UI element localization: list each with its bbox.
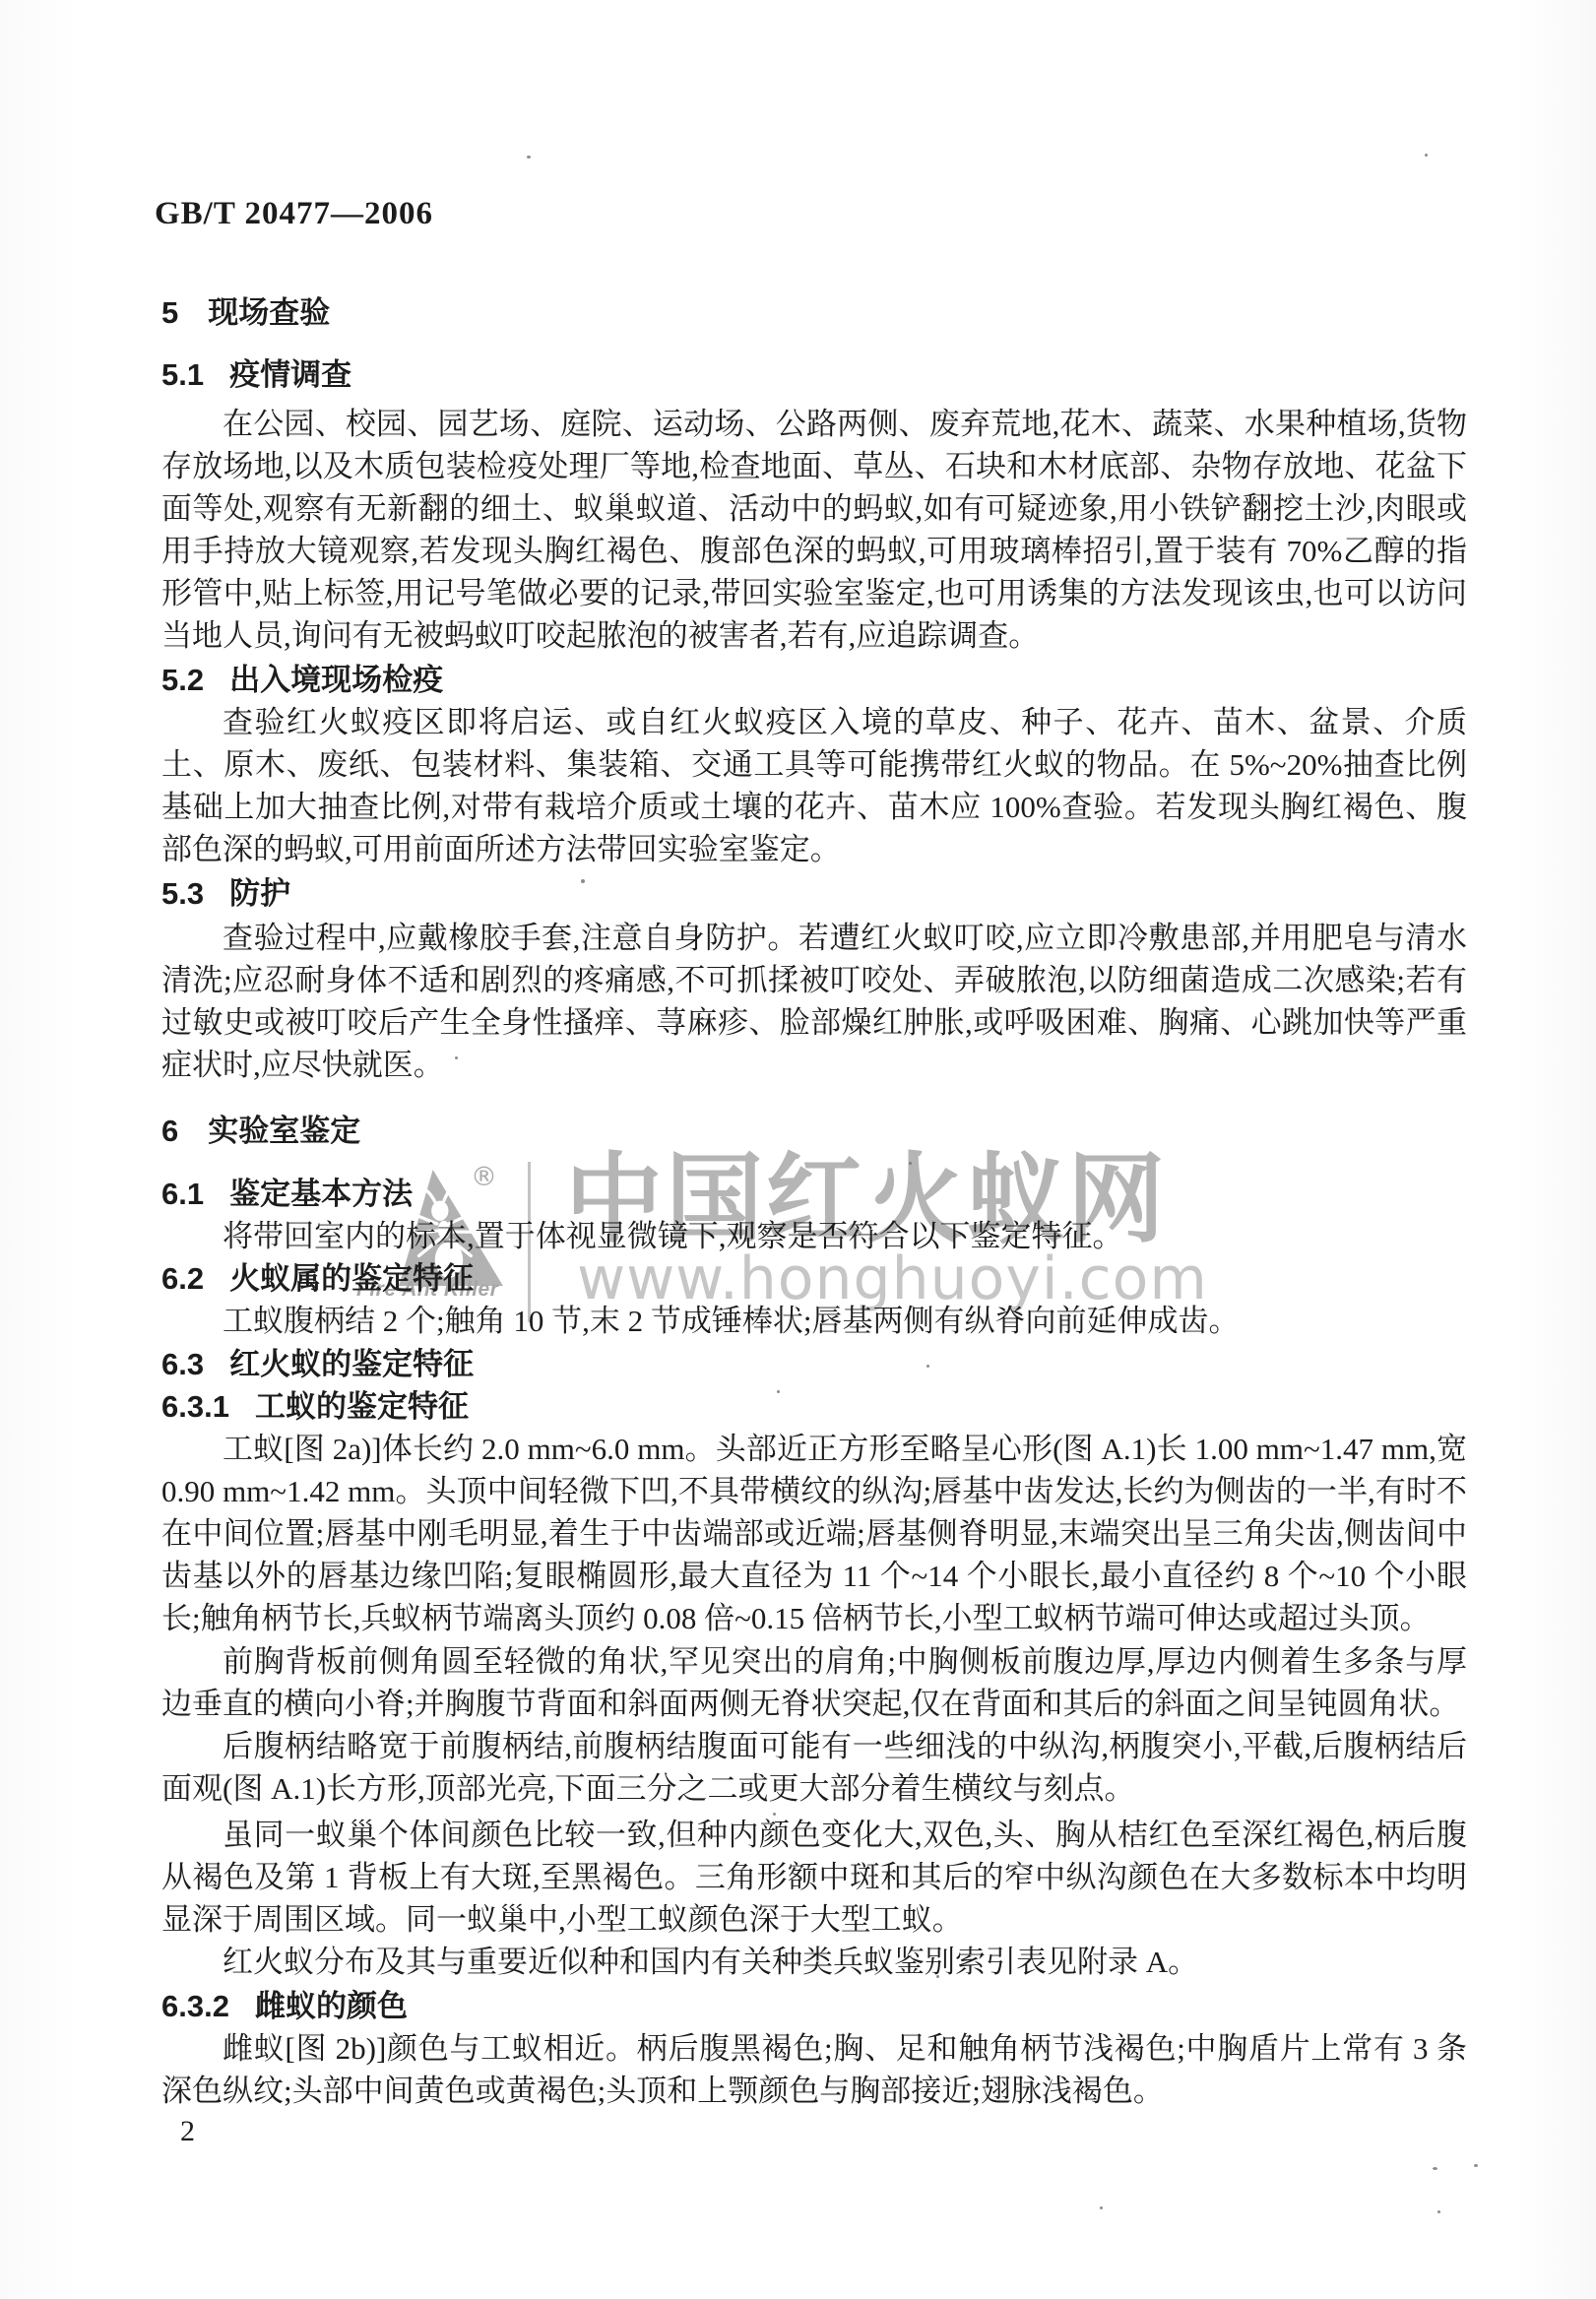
page-number: 2 — [180, 2115, 195, 2148]
section-5-2-number: 5.2 — [161, 659, 204, 701]
section-5-1-title: 疫情调查 — [229, 357, 351, 392]
section-5-number: 5 — [161, 291, 178, 334]
section-6-3-1-paragraph-2: 前胸背板前侧角圆至轻微的角状,罕见突出的肩角;中胸侧板前腹边厚,厚边内侧着生多条… — [161, 1640, 1467, 1725]
section-6-3-2-title: 雌蚁的颜色 — [255, 1989, 408, 2023]
scan-speck — [527, 156, 531, 159]
section-6-2-paragraph: 工蚁腹柄结 2 个;触角 10 节,末 2 节成锤棒状;唇基两侧有纵脊向前延伸成… — [161, 1300, 1467, 1342]
scan-speck — [926, 1365, 929, 1368]
section-5-1-heading: 5.1疫情调查 — [161, 353, 1467, 396]
section-6-2-number: 6.2 — [161, 1257, 204, 1300]
section-6-3-1-title: 工蚁的鉴定特征 — [255, 1389, 469, 1424]
scan-speck — [1437, 2210, 1440, 2213]
section-6-3-1-paragraph-1: 工蚁[图 2a)]体长约 2.0 mm~6.0 mm。头部近正方形至略呈心形(图… — [161, 1428, 1467, 1639]
section-5-2-paragraph: 查验红火蚁疫区即将启运、或自红火蚁疫区入境的草皮、种子、花卉、苗木、盆景、介质土… — [161, 701, 1467, 870]
section-6-3-1-paragraph-5: 红火蚁分布及其与重要近似种和国内有关种类兵蚁鉴别索引表见附录 A。 — [161, 1941, 1467, 1983]
section-6-3-2-number: 6.3.2 — [161, 1985, 229, 2027]
section-5-1-number: 5.1 — [161, 353, 204, 396]
section-6-2-heading: 6.2火蚁属的鉴定特征 — [161, 1257, 1467, 1300]
scan-speck — [581, 879, 585, 883]
section-6-1-number: 6.1 — [161, 1173, 204, 1215]
section-5-3-number: 5.3 — [161, 872, 204, 915]
section-5-2-heading: 5.2出入境现场检疫 — [161, 659, 1467, 701]
section-6-1-paragraph: 将带回室内的标本,置于体视显微镜下,观察是否符合以下鉴定特征。 — [161, 1215, 1467, 1257]
scan-speck — [909, 1162, 912, 1165]
section-6-2-title: 火蚁属的鉴定特征 — [229, 1261, 474, 1296]
scan-speck — [1425, 154, 1428, 157]
section-5-3-paragraph: 查验过程中,应戴橡胶手套,注意自身防护。若遭红火蚁叮咬,应立即冷敷患部,并用肥皂… — [161, 917, 1467, 1086]
scan-speck — [773, 1813, 776, 1816]
section-5-heading: 5现场查验 — [161, 291, 1467, 334]
section-6-3-1-number: 6.3.1 — [161, 1385, 229, 1428]
section-6-3-heading: 6.3红火蚁的鉴定特征 — [161, 1343, 1467, 1385]
scan-speck — [455, 1056, 458, 1059]
document-body: 5现场查验 5.1疫情调查 在公园、校园、园艺场、庭院、运动场、公路两侧、废弃荒… — [161, 291, 1467, 2112]
section-6-heading: 6实验室鉴定 — [161, 1110, 1467, 1152]
section-5-1-paragraph: 在公园、校园、园艺场、庭院、运动场、公路两侧、废弃荒地,花木、蔬菜、水果种植场,… — [161, 403, 1467, 657]
section-6-1-title: 鉴定基本方法 — [229, 1177, 413, 1211]
section-6-title: 实验室鉴定 — [208, 1114, 360, 1148]
scan-speck — [1433, 2167, 1437, 2170]
scan-speck — [347, 638, 351, 641]
section-5-2-title: 出入境现场检疫 — [229, 663, 443, 697]
scan-speck — [777, 1390, 780, 1393]
section-5-3-title: 防护 — [229, 876, 290, 911]
section-5-3-heading: 5.3防护 — [161, 872, 1467, 915]
scan-speck — [1474, 2164, 1478, 2167]
section-6-3-number: 6.3 — [161, 1343, 204, 1385]
section-6-3-1-heading: 6.3.1工蚁的鉴定特征 — [161, 1385, 1467, 1428]
section-6-3-1-paragraph-4: 虽同一蚁巢个体间颜色比较一致,但种内颜色变化大,双色,头、胸从桔红色至深红褐色,… — [161, 1814, 1467, 1941]
section-6-3-2-paragraph: 雌蚁[图 2b)]颜色与工蚁相近。柄后腹黑褐色;胸、足和触角柄节浅褐色;中胸盾片… — [161, 2027, 1467, 2112]
section-5-title: 现场查验 — [208, 295, 330, 330]
section-6-3-title: 红火蚁的鉴定特征 — [229, 1347, 474, 1381]
section-6-3-1-paragraph-3: 后腹柄结略宽于前腹柄结,前腹柄结腹面可能有一些细浅的中纵沟,柄腹突小,平截,后腹… — [161, 1725, 1467, 1810]
scan-speck — [1100, 2206, 1103, 2209]
standard-number-header: GB/T 20477—2006 — [155, 196, 433, 231]
section-6-1-heading: 6.1鉴定基本方法 — [161, 1173, 1467, 1215]
scanned-document-page: ® Fire Ant Killer 中国红火蚁网 www.honghuoyi.c… — [0, 0, 1596, 2299]
scan-speck — [936, 1975, 939, 1978]
section-6-3-2-heading: 6.3.2雌蚁的颜色 — [161, 1985, 1467, 2027]
section-6-number: 6 — [161, 1110, 178, 1152]
